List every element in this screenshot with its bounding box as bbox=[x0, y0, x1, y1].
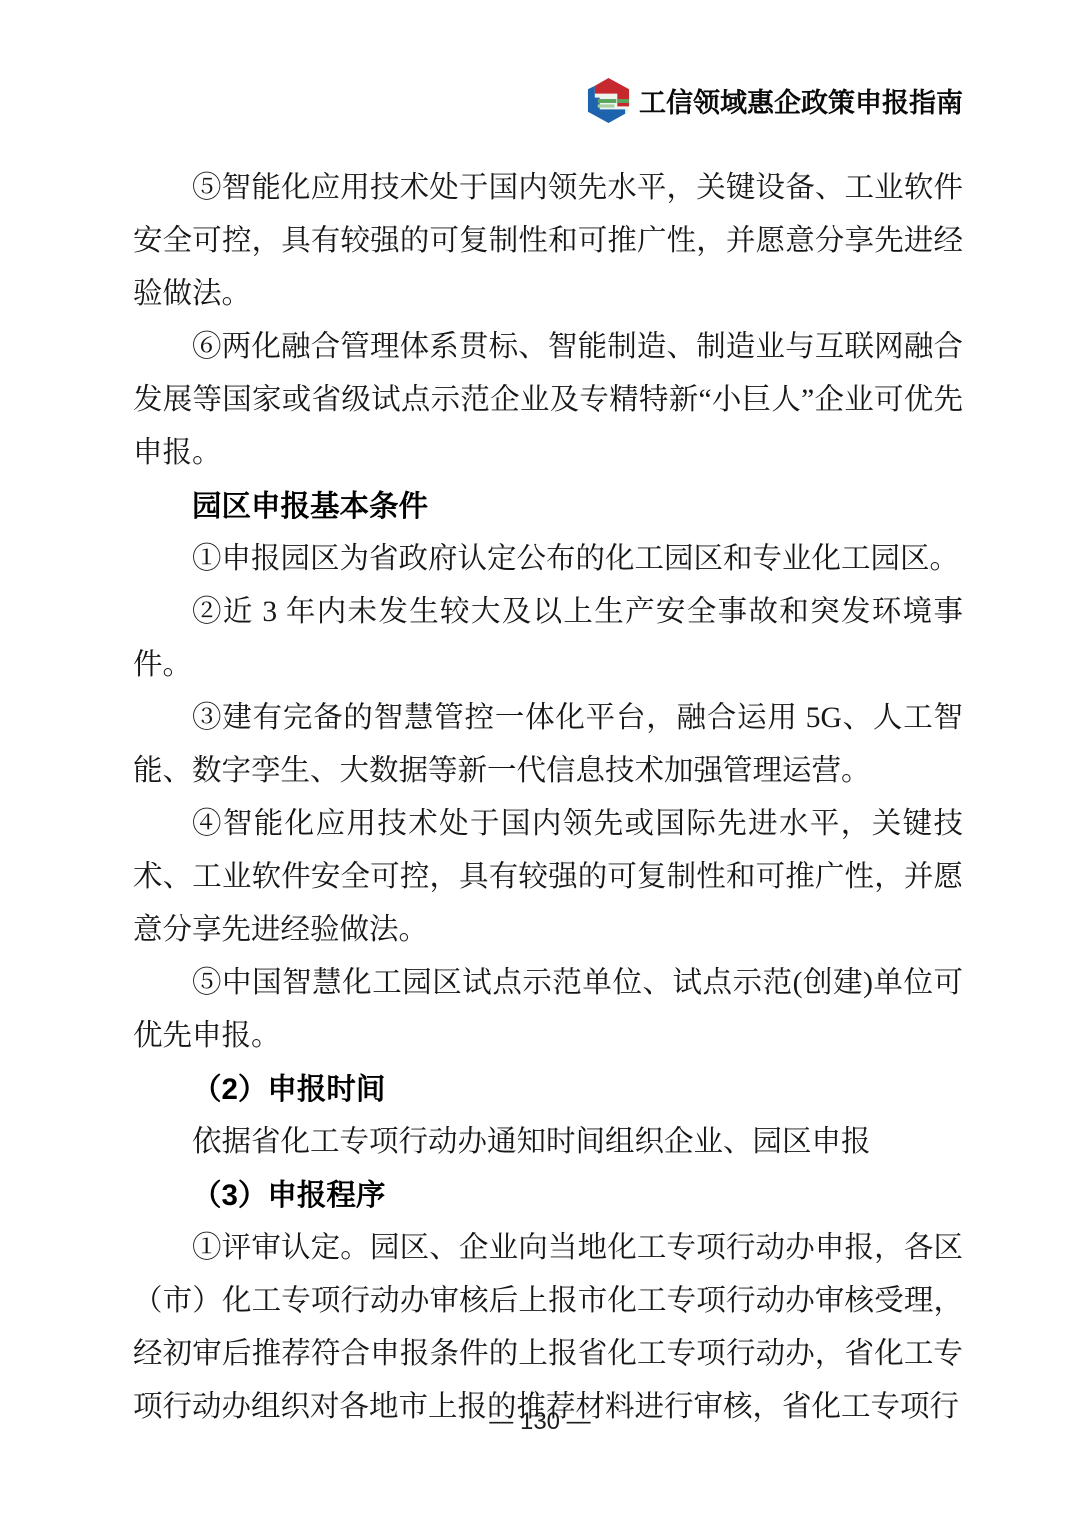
paragraph-park-item3: ③建有完备的智慧管控一体化平台，融合运用 5G、人工智能、数字孪生、大数据等新一… bbox=[133, 692, 963, 798]
page-footer: — 130 — bbox=[0, 1402, 1080, 1442]
paragraph-park-item1: ①申报园区为省政府认定公布的化工园区和专业化工园区。 bbox=[133, 533, 963, 586]
paragraph-application-time: 依据省化工专项行动办通知时间组织企业、园区申报 bbox=[133, 1116, 963, 1169]
section-heading-application-time: （2）申报时间 bbox=[133, 1063, 963, 1116]
paragraph-park-item5: ⑤中国智慧化工园区试点示范单位、试点示范(创建)单位可优先申报。 bbox=[133, 957, 963, 1063]
paragraph-park-item2: ②近 3 年内未发生较大及以上生产安全事故和突发环境事件。 bbox=[133, 586, 963, 692]
paragraph-item6-enterprise: ⑥两化融合管理体系贯标、智能制造、制造业与互联网融合发展等国家或省级试点示范企业… bbox=[133, 321, 963, 480]
header-title: 工信领域惠企政策申报指南 bbox=[639, 81, 963, 120]
brand-hexagon-logo-icon bbox=[585, 77, 632, 124]
section-heading-application-procedure: （3）申报程序 bbox=[133, 1169, 963, 1222]
page-number: — 130 — bbox=[489, 1408, 590, 1435]
page-header: 工信领域惠企政策申报指南 bbox=[0, 77, 963, 124]
section-heading-park-conditions: 园区申报基本条件 bbox=[133, 480, 963, 533]
document-body: ⑤智能化应用技术处于国内领先水平，关键设备、工业软件安全可控，具有较强的可复制性… bbox=[133, 162, 963, 1434]
paragraph-park-item4: ④智能化应用技术处于国内领先或国际先进水平，关键技术、工业软件安全可控，具有较强… bbox=[133, 798, 963, 957]
paragraph-item5-enterprise: ⑤智能化应用技术处于国内领先水平，关键设备、工业软件安全可控，具有较强的可复制性… bbox=[133, 162, 963, 321]
document-page: 工信领域惠企政策申报指南 ⑤智能化应用技术处于国内领先水平，关键设备、工业软件安… bbox=[0, 0, 1080, 1527]
